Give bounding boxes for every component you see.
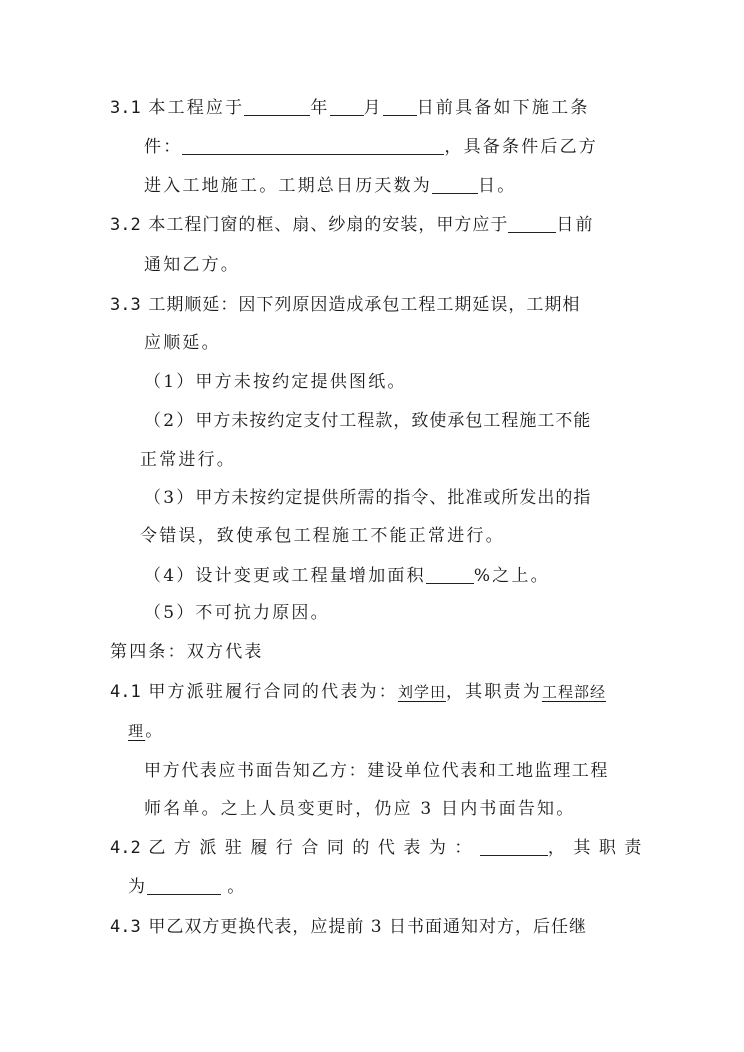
list-item-2-cont: 正常进行。 <box>140 448 236 472</box>
list-item-text: 甲方未按约定提供所需的指令、批准或所发出的指 <box>195 488 591 508</box>
clause-text: 日前具备如下施工条 <box>417 98 590 118</box>
clause-text: ，其职责为 <box>446 682 542 702</box>
blank-duty-field[interactable] <box>147 876 221 895</box>
clause-3-1-line-2: 件：，具备条件后乙方 <box>144 135 598 159</box>
clause-text: 年 <box>310 98 329 118</box>
clause-text: 甲方代表应书面告知乙方：建设单位代表和工地监理工程 <box>144 761 609 781</box>
clause-number: 4.1 <box>110 682 141 702</box>
clause-4-1-note-1: 甲方代表应书面告知乙方：建设单位代表和工地监理工程 <box>144 759 609 783</box>
clause-4-1-line-1: 4.1 甲方派驻履行合同的代表为：刘学田，其职责为工程部经 <box>110 680 606 704</box>
list-item-text: 正常进行。 <box>140 450 236 470</box>
clause-text: 应顺延。 <box>144 333 221 353</box>
blank-area-percent-field[interactable] <box>426 565 474 584</box>
list-item-label: （2） <box>144 411 195 431</box>
list-item-label: （3） <box>144 488 195 508</box>
clause-3-1-line-1: 3.1 本工程应于年月日前具备如下施工条 <box>110 96 590 120</box>
clause-4-2-line-1: 4.2 乙方派驻履行合同的代表为：，其职责 <box>110 836 650 860</box>
blank-day-field[interactable] <box>383 97 417 116</box>
list-item-text: 令错误，致使承包工程施工不能正常进行。 <box>140 526 505 546</box>
blank-notify-days-field[interactable] <box>508 214 556 233</box>
clause-text: 乙方派驻履行合同的代表为： <box>148 838 480 858</box>
list-item-3-cont: 令错误，致使承包工程施工不能正常进行。 <box>140 524 505 548</box>
clause-text: 工期顺延：因下列原因造成承包工程工期延误，工期相 <box>148 295 580 315</box>
clause-text: 进入工地施工。工期总日历天数为 <box>144 176 432 196</box>
clause-text: 。 <box>227 877 246 897</box>
section-heading: 第四条：双方代表 <box>110 642 264 662</box>
clause-text: 为 <box>128 877 147 897</box>
clause-4-2-line-2: 为。 <box>128 875 246 899</box>
clause-3-2-line-1: 3.2 本工程门窗的框、扇、纱扇的安装，甲方应于日前 <box>110 213 595 237</box>
list-item-5: （5）不可抗力原因。 <box>144 601 330 625</box>
clause-text: 。 <box>145 721 164 741</box>
clause-text: 本工程应于 <box>148 98 244 118</box>
clause-number: 3.2 <box>110 215 141 235</box>
representative-duty-cont: 理 <box>128 722 145 740</box>
clause-3-2-line-2: 通知乙方。 <box>144 253 240 277</box>
list-item-2: （2）甲方未按约定支付工程款，致使承包工程施工不能 <box>144 409 591 433</box>
blank-conditions-field[interactable] <box>182 136 444 155</box>
clause-number: 4.3 <box>110 917 141 937</box>
clause-text: 本工程门窗的框、扇、纱扇的安装，甲方应于 <box>148 215 508 235</box>
list-item-text: %之上。 <box>474 566 550 586</box>
clause-4-3-line-1: 4.3 甲乙双方更换代表，应提前 3 日书面通知对方，后任继 <box>110 915 587 939</box>
blank-month-field[interactable] <box>330 97 364 116</box>
clause-text: ，其职责 <box>548 838 650 858</box>
list-item-label: （1） <box>144 372 195 392</box>
representative-name: 刘学田 <box>398 683 446 701</box>
clause-number: 4.2 <box>110 838 141 858</box>
blank-total-days-field[interactable] <box>432 175 478 194</box>
clause-number: 3.3 <box>110 295 141 315</box>
clause-4-1-note-2: 师名单。之上人员变更时，仍应 3 日内书面告知。 <box>144 797 575 821</box>
list-item-label: （5） <box>144 603 195 623</box>
clause-3-3-line-2: 应顺延。 <box>144 331 221 355</box>
clause-text: 日前 <box>556 215 594 235</box>
clause-text: 通知乙方。 <box>144 255 240 275</box>
clause-text: 师名单。之上人员变更时，仍应 3 日内书面告知。 <box>144 799 575 819</box>
list-item-text: 甲方未按约定提供图纸。 <box>195 372 406 392</box>
list-item-text: 设计变更或工程量增加面积 <box>195 566 425 586</box>
list-item-text: 不可抗力原因。 <box>195 603 329 623</box>
blank-representative-field[interactable] <box>480 837 548 856</box>
clause-3-1-line-3: 进入工地施工。工期总日历天数为日。 <box>144 174 516 198</box>
list-item-1: （1）甲方未按约定提供图纸。 <box>144 370 407 394</box>
clause-text: 甲方派驻履行合同的代表为： <box>148 682 398 702</box>
clause-text: 甲乙双方更换代表，应提前 3 日书面通知对方，后任继 <box>148 917 587 937</box>
list-item-label: （4） <box>144 566 195 586</box>
clause-text: 月 <box>364 98 383 118</box>
list-item-3: （3）甲方未按约定提供所需的指令、批准或所发出的指 <box>144 486 591 510</box>
list-item-text: 甲方未按约定支付工程款，致使承包工程施工不能 <box>195 411 591 431</box>
clause-text: ，具备条件后乙方 <box>444 137 598 157</box>
blank-year-field[interactable] <box>244 97 310 116</box>
list-item-4: （4）设计变更或工程量增加面积%之上。 <box>144 564 550 588</box>
clause-3-3-line-1: 3.3 工期顺延：因下列原因造成承包工程工期延误，工期相 <box>110 293 580 317</box>
representative-duty: 工程部经 <box>542 683 606 701</box>
clause-text: 日。 <box>478 176 516 196</box>
document-page: 3.1 本工程应于年月日前具备如下施工条 件：，具备条件后乙方 进入工地施工。工… <box>0 0 744 1052</box>
article-4-heading: 第四条：双方代表 <box>110 640 264 664</box>
clause-4-1-line-2: 理。 <box>128 719 164 743</box>
clause-text: 件： <box>144 137 182 157</box>
clause-number: 3.1 <box>110 98 141 118</box>
